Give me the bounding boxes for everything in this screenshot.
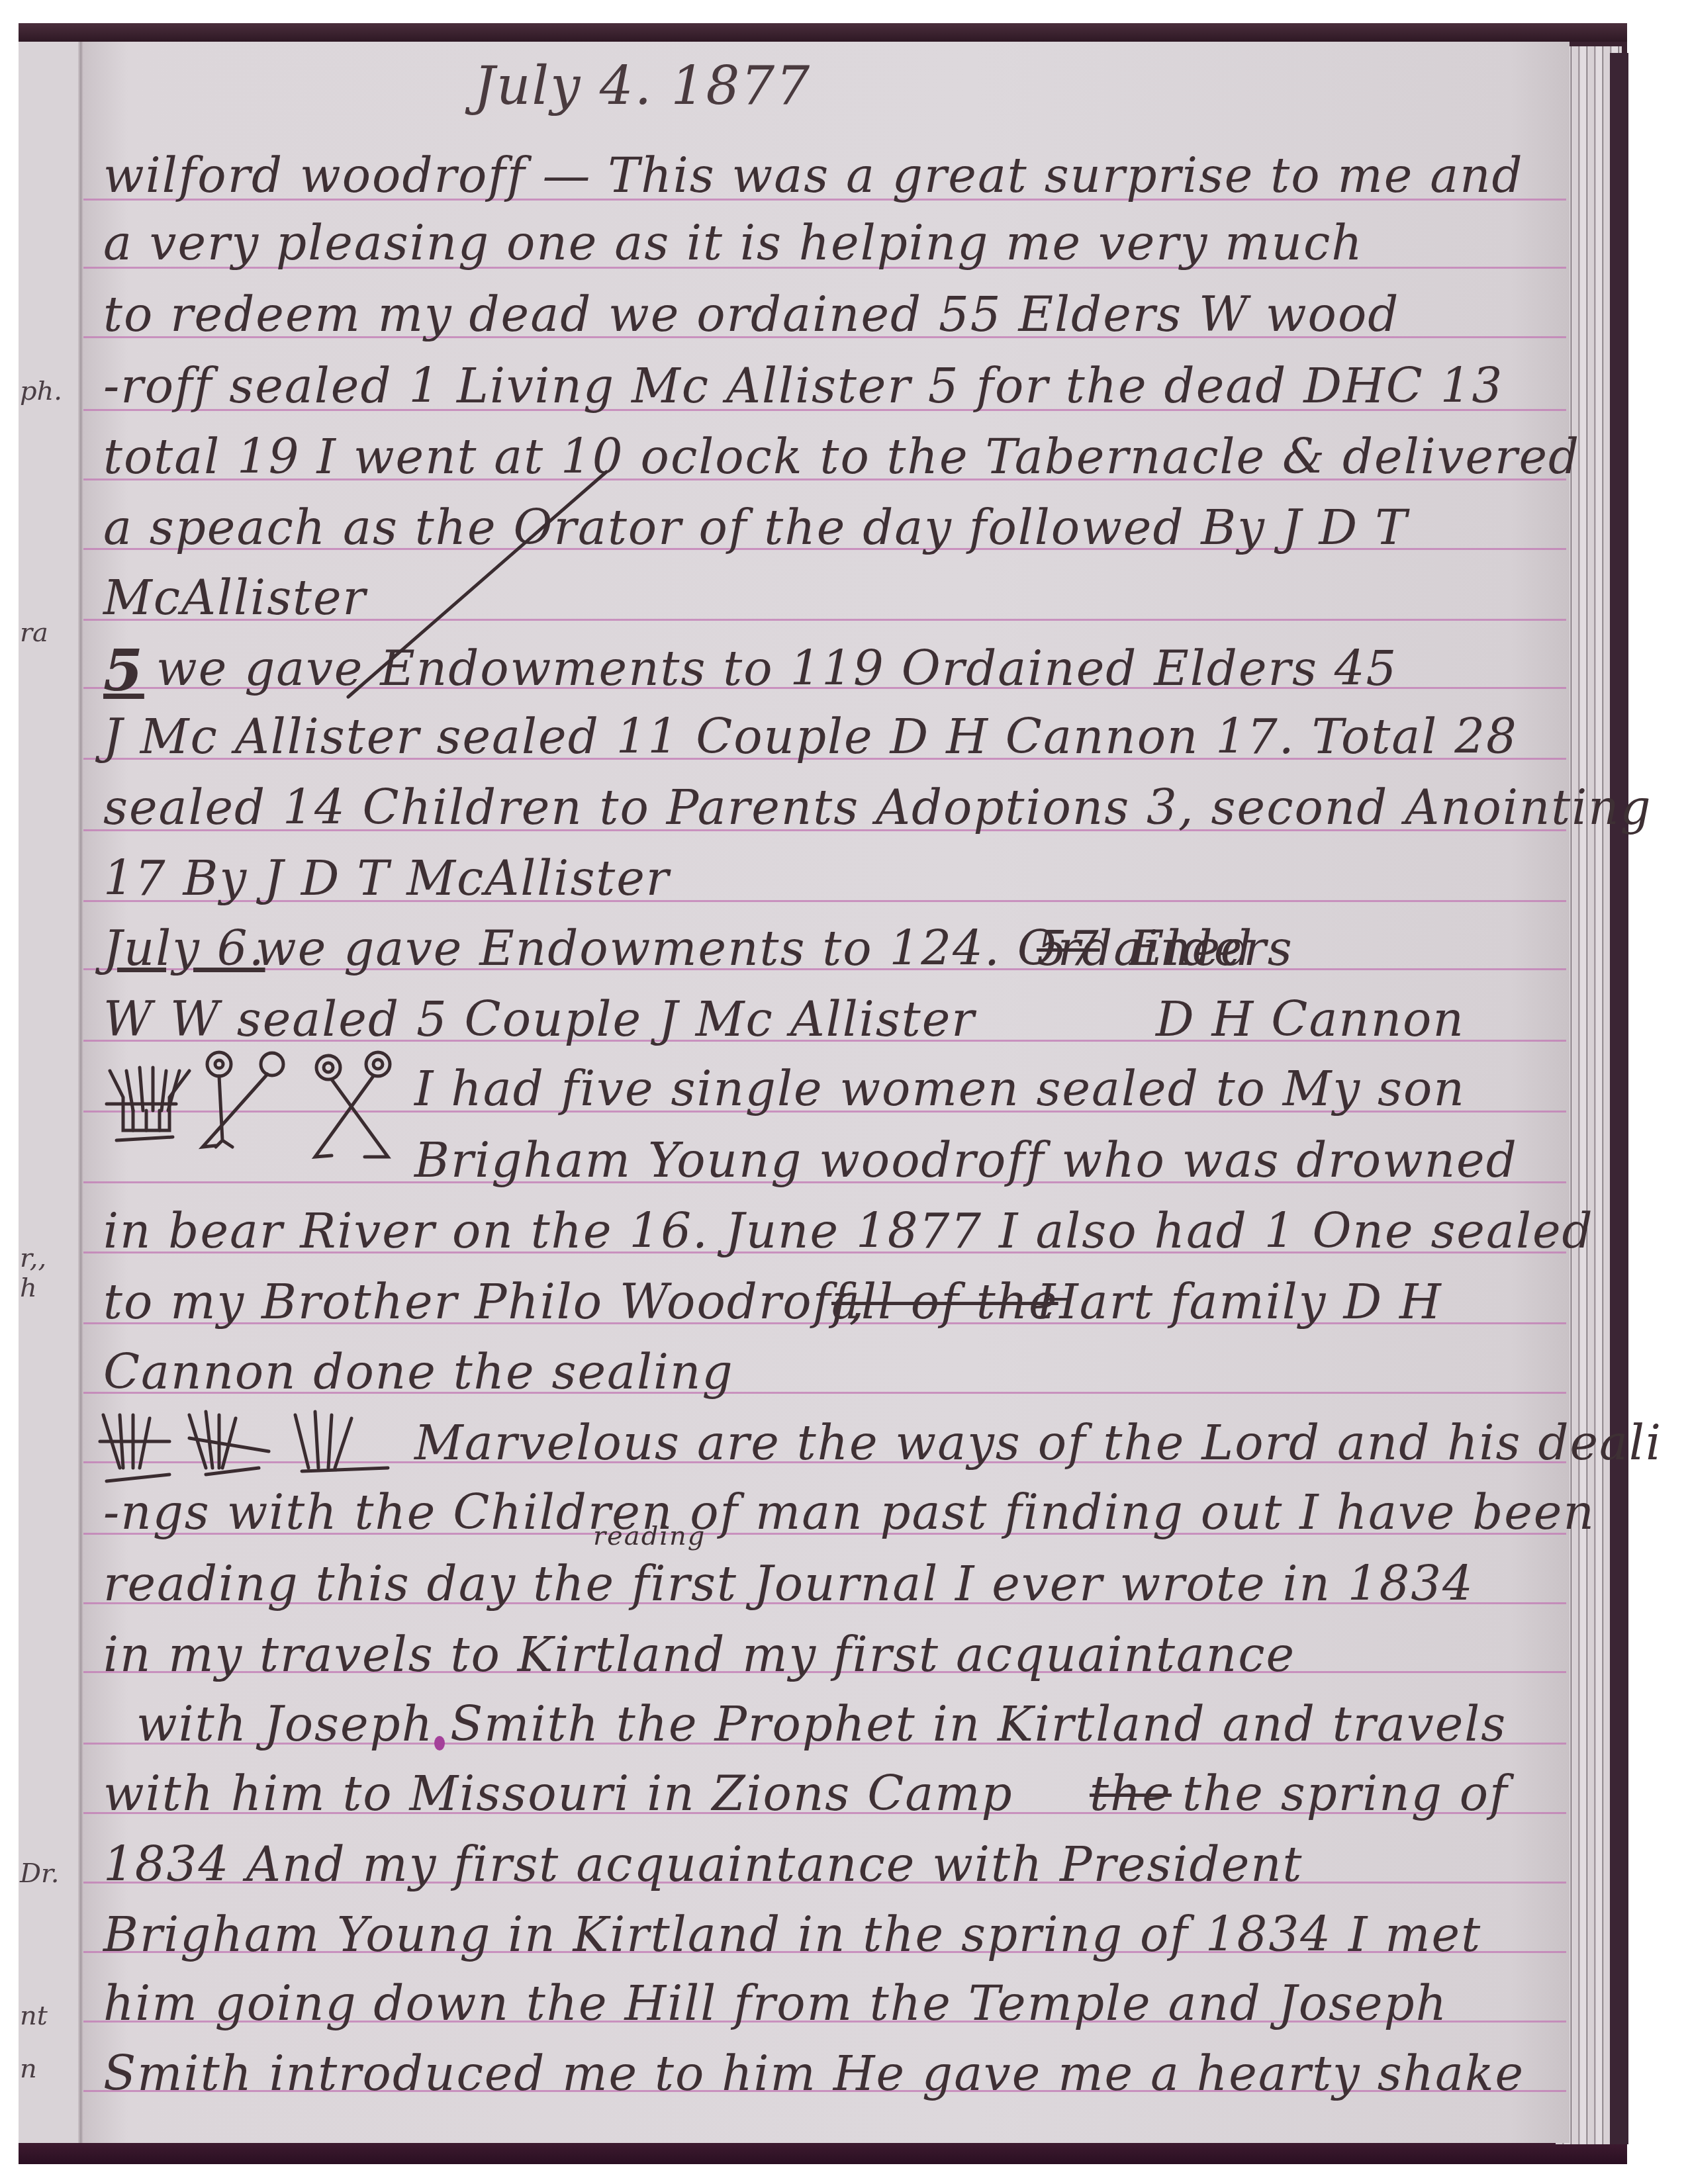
binding-top — [19, 23, 1627, 42]
journal-line: D H Cannon — [1156, 991, 1465, 1047]
journal-line: Elders — [1129, 921, 1293, 976]
journal-line: J Mc Allister sealed 11 Couple D H Canno… — [103, 709, 1518, 764]
journal-line: -roff sealed 1 Living Mc Allister 5 for … — [103, 358, 1503, 414]
page-date-header: July 4. 1877 — [474, 55, 811, 116]
journal-line: to redeem my dead we ordained 55 Elders … — [103, 287, 1399, 342]
margin-fragment: ph. — [20, 376, 62, 406]
margin-fragment: r,, — [20, 1243, 46, 1273]
date-marker-july-6: July 6. — [103, 921, 265, 976]
journal-line: with Joseph Smith the Prophet in Kirtlan… — [136, 1696, 1507, 1752]
journal-line: the spring of — [1182, 1766, 1509, 1821]
journal-line: Cannon done the sealing — [103, 1344, 733, 1400]
back-cover-edge — [1610, 53, 1628, 2144]
journal-line: Brigham Young in Kirtland in the spring … — [103, 1907, 1481, 1962]
wheat-sheaf-icon-triple — [97, 1402, 414, 1501]
page-gutter — [78, 42, 83, 2143]
journal-page: July 4. 1877 wilford woodroff — This was… — [83, 42, 1570, 2143]
journal-line: in my travels to Kirtland my first acqua… — [103, 1627, 1295, 1682]
journal-line: Marvelous are the ways of the Lord and h… — [414, 1415, 1662, 1471]
journal-line: to my Brother Philo Woodroff, — [103, 1274, 865, 1330]
journal-line: Hart family D H — [1037, 1274, 1442, 1330]
facing-page: ph. ra r,, h Dr. nt n — [19, 42, 85, 2143]
margin-fragment: n — [20, 2054, 37, 2084]
stray-pen-stroke — [335, 465, 613, 704]
journal-line: McAllister — [103, 570, 367, 625]
inserted-word: reading — [593, 1521, 706, 1551]
journal-line: him going down the Hill from the Temple … — [103, 1976, 1448, 2031]
journal-line: we gave Endowments to 124. Ordained — [256, 921, 1253, 976]
journal-line: Smith introduced me to him He gave me a … — [103, 2046, 1524, 2101]
crossed-keys-icon-2 — [302, 1044, 434, 1177]
margin-fragment: ra — [20, 617, 48, 648]
margin-fragment: nt — [20, 2001, 48, 2031]
binding-bottom — [19, 2142, 1627, 2164]
journal-line: I had five single women sealed to My son — [414, 1061, 1466, 1116]
journal-line: reading this day the first Journal I eve… — [103, 1556, 1474, 1612]
journal-line: Brigham Young woodroff who was drowned — [414, 1132, 1518, 1188]
journal-line: in bear River on the 16. June 1877 I als… — [103, 1203, 1594, 1259]
margin-fragment: Dr. — [20, 1858, 60, 1889]
struck-text: all of the — [831, 1274, 1058, 1330]
journal-line: W W sealed 5 Couple J Mc Allister — [103, 991, 976, 1047]
journal-line: sealed 14 Children to Parents Adoptions … — [103, 780, 1652, 835]
journal-line: a speach as the Orator of the day follow… — [103, 500, 1408, 555]
journal-line: 1834 And my first acquaintance with Pres… — [103, 1837, 1303, 1892]
journal-line: with him to Missouri in Zions Camp — [103, 1766, 1013, 1821]
margin-fragment: h — [20, 1273, 37, 1303]
date-marker-5: 5 — [103, 637, 144, 704]
struck-text: the — [1090, 1766, 1172, 1821]
struck-text: 57 — [1037, 921, 1100, 976]
purple-ink-dot — [434, 1736, 445, 1751]
journal-line: wilford woodroff — This was a great surp… — [103, 148, 1524, 203]
journal-line: total 19 I went at 10 oclock to the Tabe… — [103, 429, 1580, 484]
journal-line: 17 By J D T McAllister — [103, 850, 670, 906]
journal-line: a very pleasing one as it is helping me … — [103, 215, 1364, 271]
